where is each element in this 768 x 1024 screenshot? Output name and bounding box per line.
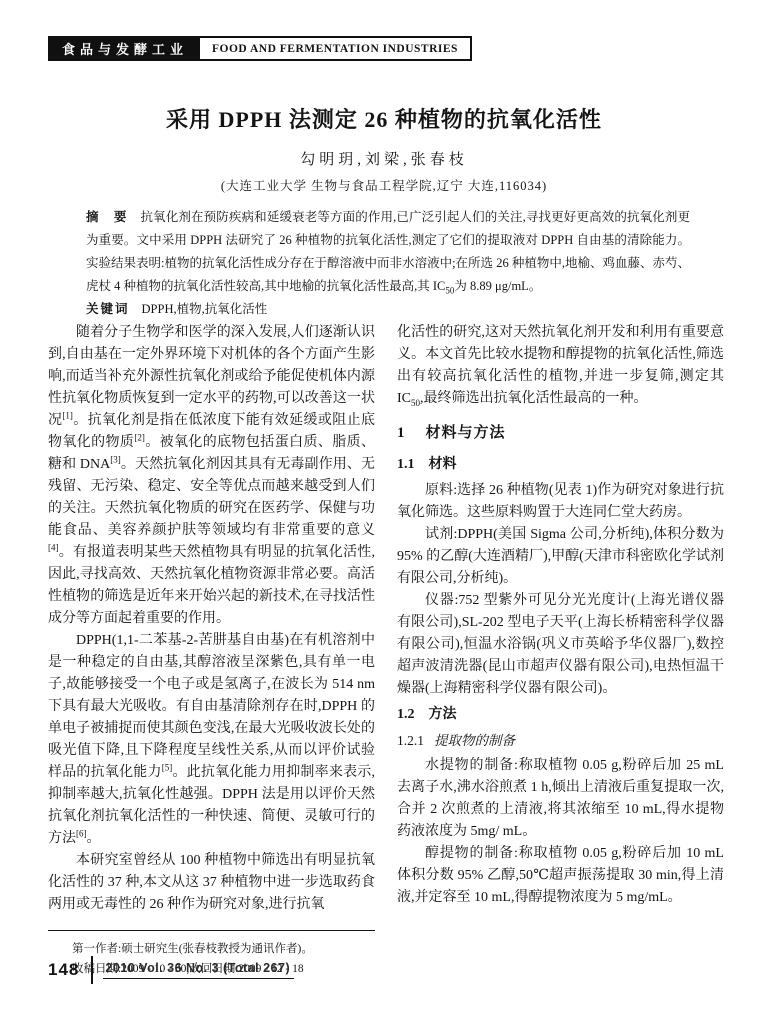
journal-banner: 食品与发酵工业 FOOD AND FERMENTATION INDUSTRIES xyxy=(48,36,472,61)
paragraph-dpph: DPPH(1,1-二苯基-2-苦肼基自由基)在有机溶剂中是一种稳定的自由基,其醇… xyxy=(48,630,375,850)
section-1-2-title: 方法 xyxy=(429,707,457,722)
section-1-2-number: 1.2 xyxy=(397,707,415,722)
journal-page: 食品与发酵工业 FOOD AND FERMENTATION INDUSTRIES… xyxy=(0,0,768,1024)
journal-name-en: FOOD AND FERMENTATION INDUSTRIES xyxy=(198,36,472,61)
section-1-1-heading: 1.1材料 xyxy=(397,454,724,476)
section-1-number: 1 xyxy=(397,425,406,441)
paragraph-intro-1: 随着分子生物学和医学的深入发展,人们逐渐认识到,自由基在一定外界环境下对机体的各… xyxy=(48,322,375,630)
paragraph-ethanol-extract: 醇提物的制备:称取植物 0.05 g,粉碎后加 10 mL 体积分数 95% 乙… xyxy=(397,843,724,909)
journal-name-cn: 食品与发酵工业 xyxy=(48,36,198,61)
page-footer: 148 2010 Vol. 36 No. 3 (Total 267) xyxy=(48,956,294,984)
keywords-label: 关键词 xyxy=(86,302,130,316)
keywords-text: DPPH,植物,抗氧化活性 xyxy=(142,302,268,316)
paragraph-reagents: 试剂:DPPH(美国 Sigma 公司,分析纯),体积分数为 95% 的乙醇(大… xyxy=(397,524,724,590)
section-1-1-title: 材料 xyxy=(429,457,457,472)
abstract-text: 抗氧化剂在预防疾病和延缓衰老等方面的作用,已广泛引起人们的关注,寻找更好更高效的… xyxy=(86,210,690,293)
page-number: 148 xyxy=(48,960,79,980)
paragraph-water-extract: 水提物的制备:称取植物 0.05 g,粉碎后加 25 mL 去离子水,沸水浴煎煮… xyxy=(397,755,724,843)
paragraph-study: 本研究室曾经从 100 种植物中筛选出有明显抗氧化活性的 37 种,本文从这 3… xyxy=(48,850,375,916)
article-affiliation: (大连工业大学 生物与食品工程学院,辽宁 大连,116034) xyxy=(0,176,768,194)
left-column: 随着分子生物学和医学的深入发展,人们逐渐认识到,自由基在一定外界环境下对机体的各… xyxy=(48,322,375,979)
footer-divider xyxy=(91,956,93,984)
article-authors: 勾明玥,刘梁,张春枝 xyxy=(0,148,768,169)
section-1-1-number: 1.1 xyxy=(397,457,415,472)
section-1-2-1-title: 提取物的制备 xyxy=(434,733,515,748)
paragraph-materials: 原料:选择 26 种植物(见表 1)作为研究对象进行抗氧化筛选。这些原料购置于大… xyxy=(397,480,724,524)
keywords-line: 关键词DPPH,植物,抗氧化活性 xyxy=(86,298,690,321)
section-1-title: 材料与方法 xyxy=(426,425,506,441)
issue-info: 2010 Vol. 36 No. 3 (Total 267) xyxy=(103,961,294,979)
section-1-2-1-number: 1.2.1 xyxy=(397,733,424,748)
article-title: 采用 DPPH 法测定 26 种植物的抗氧化活性 xyxy=(0,103,768,134)
paragraph-study-cont: 化活性的研究,这对天然抗氧化剂开发和利用有重要意义。本文首先比较水提物和醇提物的… xyxy=(397,322,724,410)
right-column: 化活性的研究,这对天然抗氧化剂开发和利用有重要意义。本文首先比较水提物和醇提物的… xyxy=(397,322,724,979)
body-columns: 随着分子生物学和医学的深入发展,人们逐渐认识到,自由基在一定外界环境下对机体的各… xyxy=(48,322,724,979)
section-1-2-heading: 1.2方法 xyxy=(397,704,724,726)
section-1-2-1-heading: 1.2.1提取物的制备 xyxy=(397,730,724,752)
abstract-paragraph: 摘 要抗氧化剂在预防疾病和延缓衰老等方面的作用,已广泛引起人们的关注,寻找更好更… xyxy=(86,206,690,298)
abstract-label: 摘 要 xyxy=(86,210,133,224)
abstract-block: 摘 要抗氧化剂在预防疾病和延缓衰老等方面的作用,已广泛引起人们的关注,寻找更好更… xyxy=(86,206,690,321)
paragraph-instruments: 仪器:752 型紫外可见分光光度计(上海光谱仪器有限公司),SL-202 型电子… xyxy=(397,590,724,700)
section-1-heading: 1材料与方法 xyxy=(397,422,724,444)
